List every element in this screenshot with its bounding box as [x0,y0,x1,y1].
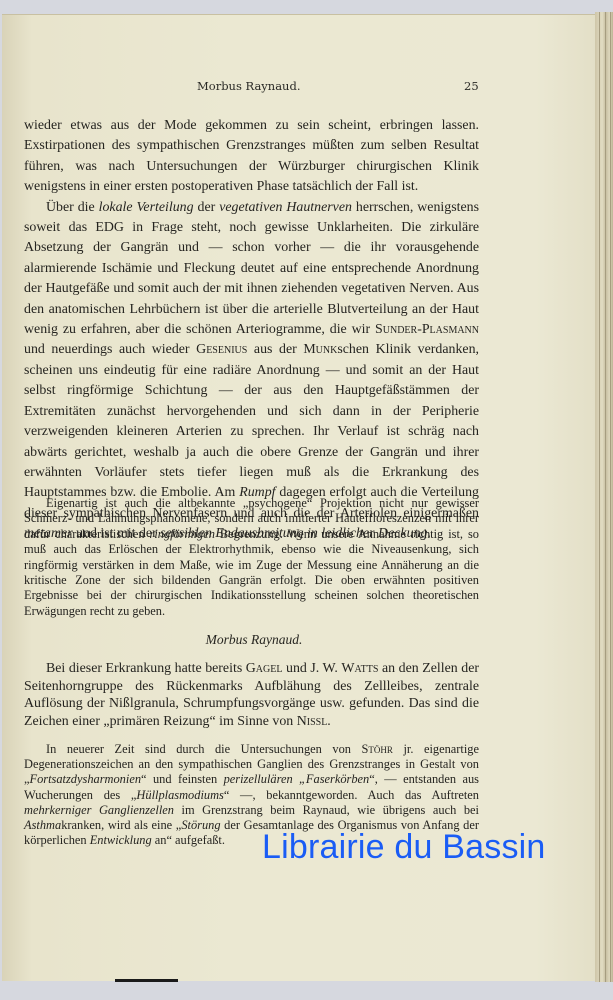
paragraph: wieder etwas aus der Mode gekommen zu se… [24,116,479,198]
emphasis: ringförmigen [150,527,215,541]
text-run: herrschen, wenigstens soweit das EDG in … [24,200,479,337]
text-run: und J. W. [282,661,341,676]
text-run: aus der [247,342,303,357]
main-body: wieder etwas aus der Mode gekommen zu se… [24,116,479,545]
emphasis: mehrkerniger Ganglienzellen [24,803,174,817]
author-name: Stöhr [362,742,393,756]
emphasis: Asthma [24,818,61,832]
emphasis: Hüllplasmodiums [136,788,223,802]
author-name: Munk [303,342,337,357]
running-title: Morbus Raynaud. [197,79,300,93]
author-name: Nissl [297,714,328,729]
author-name: Gesenius [196,342,247,357]
author-name: Sunder-Plasmann [375,322,479,337]
paragraph: Bei dieser Erkrankung hatte bereits Gage… [24,660,479,730]
paragraph: Über die lokale Verteilung der vegetativ… [24,198,479,545]
section-heading: Morbus Raynaud. [0,632,508,648]
emphasis: perizellulären „Faserkörben [224,772,370,786]
text-run: im Grenzstrang beim Raynaud, wie übrigen… [174,803,479,817]
bottom-marker [115,979,178,982]
text-run: In neuerer Zeit sind durch die Untersuch… [46,742,362,756]
text-run: . [327,714,330,729]
emphasis: vegetativen Hautnerven [219,200,352,215]
page-number: 25 [464,79,479,93]
text-run: Über die [46,200,99,215]
text-run: kranken, wird als eine „ [61,818,181,832]
emphasis: Fortsatzdysharmonien [30,772,142,786]
text-run: wieder etwas aus der Mode gekommen zu se… [24,118,479,194]
page-stack-edge [595,12,613,982]
text-run: “ —, bekanntgeworden. Auch das Auftreten [224,788,479,802]
author-name: Watts [341,661,378,676]
section-paragraph: Bei dieser Erkrankung hatte bereits Gage… [24,660,479,730]
author-name: Gagel [246,661,283,676]
text-run: “ und feinsten [141,772,224,786]
small-print-paragraph: Eigenartig ist auch die altbekannte „psy… [24,496,479,619]
text-run: Bei dieser Erkrankung hatte bereits [46,661,246,676]
emphasis: Störung [181,818,220,832]
text-run: der [194,200,220,215]
text-run: an“ aufgefaßt. [152,833,225,847]
watermark-text: Librairie du Bassin [262,828,546,867]
emphasis: Entwicklung [90,833,152,847]
text-run: und neuerdings auch wieder [24,342,196,357]
emphasis: lokale Verteilung [99,200,194,215]
text-run: schen Klinik verdanken, scheinen uns ein… [24,342,479,500]
